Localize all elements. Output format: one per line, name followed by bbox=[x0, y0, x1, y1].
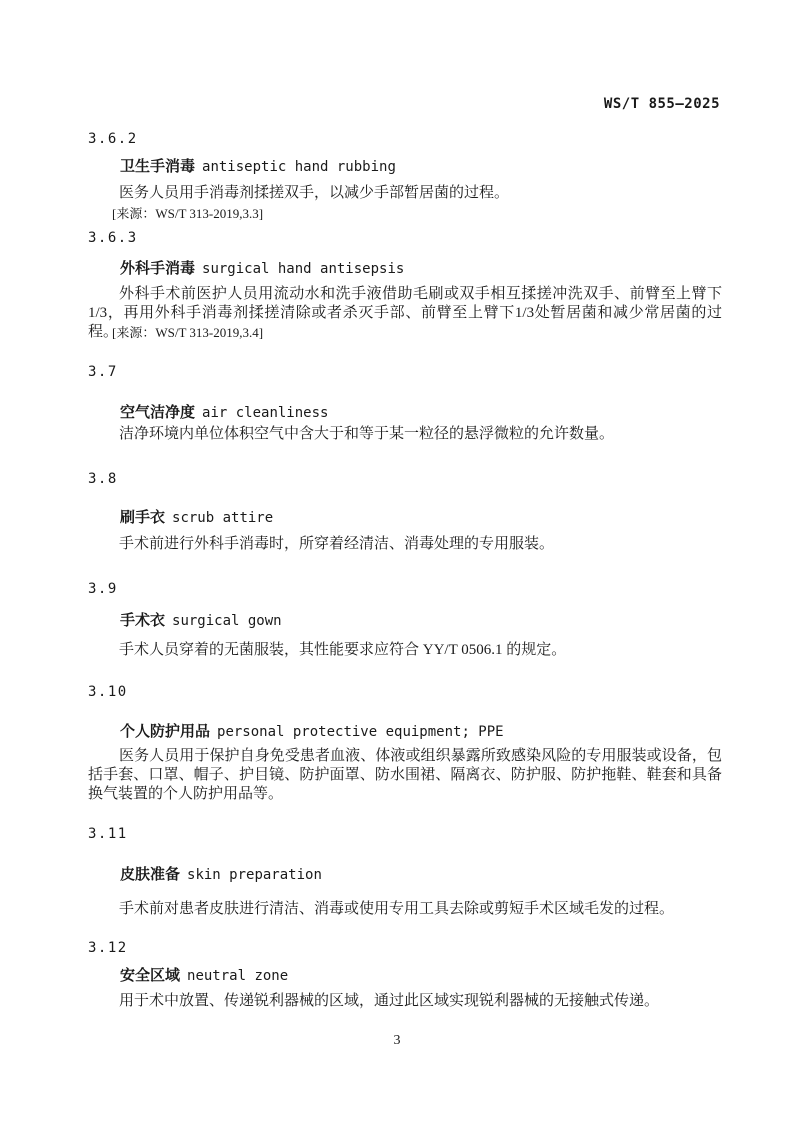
page-number: 3 bbox=[0, 1033, 794, 1049]
term-zh: 外科手消毒 bbox=[120, 259, 195, 277]
term-en: personal protective equipment; PPE bbox=[217, 724, 504, 740]
term-zh: 空气洁净度 bbox=[120, 403, 195, 421]
term-zh: 个人防护用品 bbox=[120, 722, 210, 740]
term-en: air cleanliness bbox=[202, 405, 328, 421]
term-zh: 皮肤准备 bbox=[120, 865, 180, 883]
term-heading: 安全区域neutral zone bbox=[120, 964, 288, 985]
definition-text: 手术前对患者皮肤进行清洁、消毒或使用专用工具去除或剪短手术区域毛发的过程。 bbox=[88, 900, 722, 919]
term-en: neutral zone bbox=[187, 968, 288, 984]
document-page: WS/T 855—2025 3.6.2 卫生手消毒antiseptic hand… bbox=[0, 0, 794, 1123]
term-zh: 安全区域 bbox=[120, 966, 180, 984]
term-heading: 手术衣surgical gown bbox=[120, 609, 282, 630]
definition-text: 医务人员用手消毒剂揉搓双手，以减少手部暂居菌的过程。 bbox=[88, 184, 722, 203]
term-heading: 刷手衣scrub attire bbox=[120, 506, 273, 527]
clause-number: 3.7 bbox=[88, 364, 118, 380]
source-note: [来源：WS/T 313-2019,3.3] bbox=[112, 203, 263, 222]
term-en: surgical gown bbox=[172, 613, 282, 629]
definition-text: 手术前进行外科手消毒时，所穿着经清洁、消毒处理的专用服装。 bbox=[88, 535, 722, 554]
clause-number: 3.9 bbox=[88, 581, 118, 597]
definition-text: 用于术中放置、传递锐利器械的区域，通过此区域实现锐利器械的无接触式传递。 bbox=[88, 992, 722, 1011]
clause-number: 3.11 bbox=[88, 826, 128, 842]
term-heading: 个人防护用品personal protective equipment; PPE bbox=[120, 720, 504, 741]
term-zh: 刷手衣 bbox=[120, 508, 165, 526]
source-note: [来源：WS/T 313-2019,3.4] bbox=[112, 322, 263, 341]
definition-text: 医务人员用于保护自身免受患者血液、体液或组织暴露所致感染风险的专用服装或设备，包… bbox=[88, 747, 722, 804]
term-heading: 皮肤准备skin preparation bbox=[120, 863, 322, 884]
term-heading: 外科手消毒surgical hand antisepsis bbox=[120, 257, 404, 278]
clause-number: 3.10 bbox=[88, 684, 128, 700]
term-heading: 卫生手消毒antiseptic hand rubbing bbox=[120, 155, 396, 176]
definition-text: 手术人员穿着的无菌服装，其性能要求应符合 YY/T 0506.1 的规定。 bbox=[88, 641, 722, 660]
clause-number: 3.12 bbox=[88, 940, 128, 956]
definition-text: 洁净环境内单位体积空气中含大于和等于某一粒径的悬浮微粒的允许数量。 bbox=[88, 425, 722, 444]
term-en: scrub attire bbox=[172, 510, 273, 526]
term-en: antiseptic hand rubbing bbox=[202, 159, 396, 175]
term-heading: 空气洁净度air cleanliness bbox=[120, 401, 328, 422]
term-zh: 手术衣 bbox=[120, 611, 165, 629]
term-en: surgical hand antisepsis bbox=[202, 261, 404, 277]
term-en: skin preparation bbox=[187, 867, 322, 883]
term-zh: 卫生手消毒 bbox=[120, 157, 195, 175]
standard-number-header: WS/T 855—2025 bbox=[604, 96, 720, 112]
clause-number: 3.6.2 bbox=[88, 131, 138, 147]
clause-number: 3.8 bbox=[88, 471, 118, 487]
clause-number: 3.6.3 bbox=[88, 230, 138, 246]
